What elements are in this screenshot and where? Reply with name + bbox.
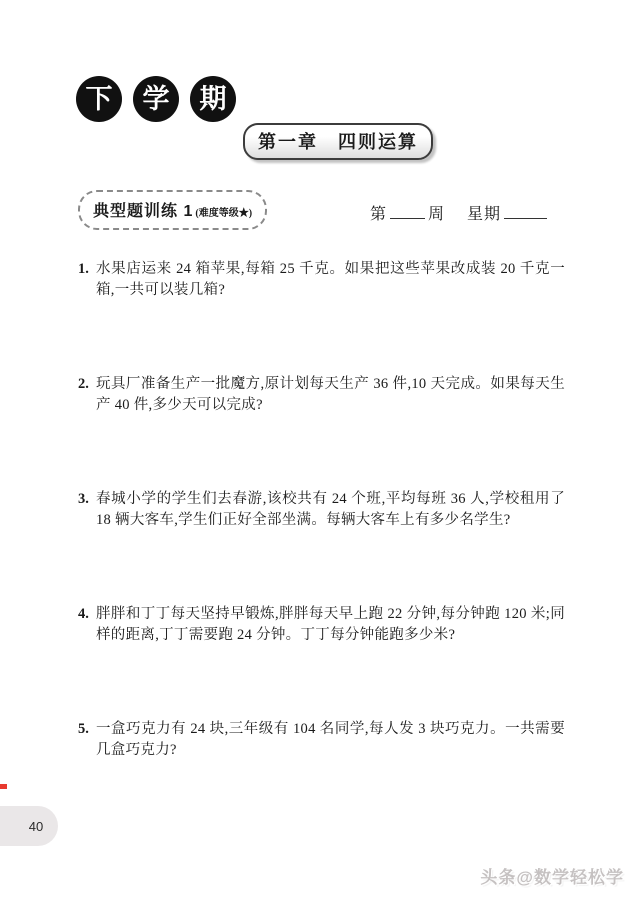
- semester-badge-1: 下: [76, 76, 122, 122]
- week-date-line: 第周星期: [370, 201, 550, 224]
- week-prefix: 第: [370, 206, 387, 223]
- problem-item-3: 3. 春城小学的学生们去春游,该校共有 24 个班,平均每班 36 人,学校租用…: [78, 489, 565, 531]
- problem-number: 3.: [78, 489, 96, 531]
- problem-number: 4.: [78, 604, 96, 646]
- training-label: 典型题训练 1: [93, 198, 193, 221]
- problem-number: 1.: [78, 259, 96, 301]
- problem-item-1: 1. 水果店运来 24 箱苹果,每箱 25 千克。如果把这些苹果改成装 20 千…: [78, 259, 565, 301]
- red-edge-mark: [0, 784, 7, 789]
- semester-badge-2: 学: [133, 76, 179, 122]
- problem-number: 5.: [78, 719, 96, 761]
- weekday-blank-underline: [504, 203, 547, 219]
- problem-text: 水果店运来 24 箱苹果,每箱 25 千克。如果把这些苹果改成装 20 千克一箱…: [96, 259, 565, 301]
- problem-text: 一盒巧克力有 24 块,三年级有 104 名同学,每人发 3 块巧克力。一共需要…: [96, 719, 565, 761]
- training-badge: 典型题训练 1 (难度等级★): [78, 190, 267, 230]
- watermark: 头条@数学轻松学: [480, 863, 624, 888]
- week-suffix: 周: [428, 206, 445, 223]
- workbook-page: 下 学 期 第一章 四则运算 典型题训练 1 (难度等级★) 第周星期 1. 水…: [0, 0, 640, 903]
- problem-list: 1. 水果店运来 24 箱苹果,每箱 25 千克。如果把这些苹果改成装 20 千…: [78, 259, 565, 834]
- problem-number: 2.: [78, 374, 96, 416]
- week-blank-underline: [390, 203, 425, 219]
- problem-text: 春城小学的学生们去春游,该校共有 24 个班,平均每班 36 人,学校租用了 1…: [96, 489, 565, 531]
- semester-badge-3: 期: [190, 76, 236, 122]
- problem-text: 胖胖和丁丁每天坚持早锻炼,胖胖每天早上跑 22 分钟,每分钟跑 120 米;同样…: [96, 604, 565, 646]
- problem-item-2: 2. 玩具厂准备生产一批魔方,原计划每天生产 36 件,10 天完成。如果每天生…: [78, 374, 565, 416]
- chapter-title: 第一章 四则运算: [243, 123, 433, 160]
- weekday-label: 星期: [467, 206, 501, 223]
- semester-title: 下 学 期: [76, 76, 236, 122]
- page-number-tab: 40: [0, 806, 58, 846]
- page-number: 40: [29, 819, 43, 834]
- problem-item-4: 4. 胖胖和丁丁每天坚持早锻炼,胖胖每天早上跑 22 分钟,每分钟跑 120 米…: [78, 604, 565, 646]
- problem-item-5: 5. 一盒巧克力有 24 块,三年级有 104 名同学,每人发 3 块巧克力。一…: [78, 719, 565, 761]
- difficulty-note: (难度等级★): [195, 204, 252, 219]
- problem-text: 玩具厂准备生产一批魔方,原计划每天生产 36 件,10 天完成。如果每天生产 4…: [96, 374, 565, 416]
